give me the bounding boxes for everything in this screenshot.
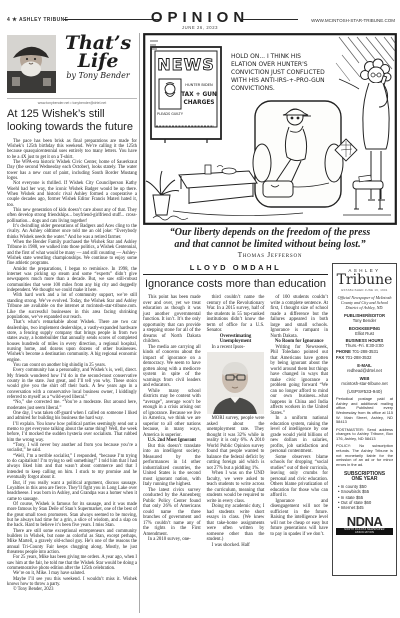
article-paragraph: of 100 students couldn’t write a complet… — [270, 295, 328, 339]
article-columns: This point has been made over and over, … — [143, 295, 328, 548]
article-paragraph: In a 2010 survey, one- — [143, 537, 201, 543]
paragraph: When the Bender Family purchased the Wis… — [7, 240, 137, 267]
email-value: redhead@drtel.net — [336, 368, 393, 373]
paragraph: Maybe I’ll see you this weekend. I would… — [7, 577, 137, 588]
fax-number: 701-288-3532 — [345, 355, 371, 360]
author-rule — [143, 274, 328, 275]
column-headline: At 125 Wishek’s still looking towards th… — [7, 108, 137, 135]
article-paragraph: No Room for Ignorance — [270, 339, 328, 345]
article-paragraph: This point has been made over and over, … — [143, 295, 201, 345]
tv-caption: PLEADS GUILTY — [157, 112, 184, 116]
speech-line-3: CONVICTION JUST CONFLICTED — [231, 69, 325, 76]
thats-life-column: That’s Life by Tony Bender www.tonybende… — [7, 34, 137, 593]
official-newspaper-note: Official Newspaper of McIntosh County an… — [336, 295, 393, 310]
hours-value: Thurs.-Fri. 8:30-3:00 — [336, 343, 393, 348]
paragraph: For 25 years, Mike has been giving me or… — [7, 555, 137, 571]
article-paragraph: In a recent Ipsos- — [207, 345, 265, 351]
website-url: WWW.MCINTOSH-STAR-TRIBUNE.COM — [311, 18, 395, 23]
postage-note: Periodical postage paid at Ashley and ad… — [336, 397, 393, 425]
postmaster-note: POSTMASTER: Send address changes to Ashl… — [336, 428, 393, 442]
paragraph: This new generation of kids doesn’t care… — [7, 208, 137, 224]
article-paragraph: Ignorance and disengagement will not be … — [270, 499, 328, 538]
editorial-cartoon: NEWS PLEADS GUILTY HUNTER BIDEN TAX + GU… — [143, 33, 397, 225]
paragraph: One day, I was taken off-guard when I ca… — [7, 411, 137, 422]
quote-line-1: “Our liberty depends on the freedom of t… — [143, 227, 397, 239]
article-paragraph: third couldn’t name the century of the R… — [207, 295, 265, 334]
column-byline: by Tony Bender — [59, 70, 137, 81]
newspaper-opinion-page: 4 ★ ASHLEY TRIBUNE OPINION JUNE 26, 2023… — [0, 0, 400, 618]
tv-news-banner: NEWS — [157, 55, 215, 74]
subscription-rate-item: • Internet $45 — [338, 505, 393, 510]
article-paragraph: U.S. 2nd Most Ignorant — [143, 438, 201, 444]
man-in-recliner — [253, 101, 343, 207]
article-paragraph: Some observers blame schools for droppin… — [270, 455, 328, 499]
article-paragraph: In a uniform national education system, … — [270, 416, 328, 455]
header-rule-right — [240, 19, 298, 20]
pull-quote: “Our liberty depends on the freedom of t… — [143, 227, 397, 259]
article-paragraph: The media are carrying all kinds of conc… — [143, 345, 201, 389]
column-body: The pace has been brisk as final prepara… — [7, 139, 137, 593]
paragraph: “Tony, I will never buy another ad from … — [7, 443, 137, 454]
paragraph: But, if you really want a political argu… — [7, 481, 137, 502]
fax-line: FAX 701-288-3532 — [336, 355, 393, 360]
paragraph: The pace has been brisk as final prepara… — [7, 139, 137, 160]
paragraph: There are still some exceptional entrepr… — [7, 529, 137, 556]
article-paragraph: Doing my academic duty, I had students w… — [207, 504, 265, 543]
article-col-2: third couldn’t name the century of the R… — [207, 295, 265, 548]
thats-life-header: That’s Life by Tony Bender — [7, 34, 137, 98]
paragraph: That’s what’s remarkable about Wishek. T… — [7, 320, 137, 363]
policy-note: POLICY: No subscription refunds. The Ash… — [336, 444, 393, 468]
paragraph: I’ll explain. You know how political par… — [7, 422, 137, 443]
subscriptions-title: SUBSCRIPTIONS ONE YEAR — [336, 472, 393, 483]
paragraph: © Tony Bender, 2023 — [7, 587, 137, 592]
issue-date: JUNE 26, 2023 — [0, 25, 400, 30]
article-paragraph: While many school districts may be conte… — [143, 389, 201, 439]
usps-number: (USPS#533-940) — [336, 389, 393, 394]
article-author: LLOYD OMDAHL — [143, 263, 328, 272]
article-paragraph: But this doesn’t translate into an intel… — [143, 444, 201, 488]
article-paragraph: Writing for Newsweek, Phil Toledano poin… — [270, 345, 328, 417]
web-value: mcintosh-star-tribune.net — [336, 381, 393, 386]
column-divider — [139, 33, 140, 613]
tony-bender-photo — [7, 35, 56, 93]
omdahl-article: LLOYD OMDAHL Ignorance costs more than e… — [143, 263, 328, 548]
speech-line-4: WITH HIS ANTI-IRS-+-PRO-GUN — [231, 77, 325, 84]
phone-line: PHONE 701-288-3531 — [336, 349, 393, 354]
paragraph: The WPA-era historic Wishek Civic Center… — [7, 160, 137, 181]
speech-line-1: HOLD ON... I THINK HIS — [231, 53, 301, 60]
speech-line-5: CONVICTIONS. — [231, 85, 275, 92]
ndna-logo: NDNA — [336, 515, 393, 528]
paragraph: Of course, Wishek is famous for its saus… — [7, 502, 137, 529]
phone-number: 701-288-3531 — [352, 349, 378, 354]
lloyd-omdahl-photo — [207, 352, 264, 414]
tv-headline-1: HUNTER BIDEN — [185, 83, 213, 87]
tv-headline-2: TAX + GUN — [181, 92, 217, 98]
quote-attribution: Thomas Jefferson — [143, 251, 397, 259]
article-col-1: This point has been made over and over, … — [143, 295, 201, 548]
article-col-2-top: third couldn’t name the century of the R… — [207, 295, 265, 350]
masthead-name: Tribune — [336, 273, 393, 287]
paragraph: With hard work and a lot of community su… — [7, 293, 137, 320]
thats-life-logo: That’s Life by Tony Bender — [59, 34, 137, 81]
tv-headline-3: CHARGES — [184, 100, 215, 106]
quote-line-2: and that cannot be limited without being… — [143, 239, 397, 251]
fax-label: FAX — [336, 355, 344, 360]
paragraph: It’s dwindling older generations of Badg… — [7, 224, 137, 240]
article-headline: Ignorance costs more than education — [143, 278, 328, 290]
masthead-box: ASHLEY Tribune ESTABLISHED JUNE 16, 1901… — [332, 263, 397, 576]
article-paragraph: I was shocked. Half — [207, 543, 265, 549]
article-paragraph: MORI survey, people were asked about the… — [207, 416, 265, 471]
article-col-2-bottom: MORI survey, people were asked about the… — [207, 416, 265, 548]
paragraph: “No,” she corrected me. “You’re a modera… — [7, 400, 137, 411]
masthead-established: ESTABLISHED JUNE 16, 1901 — [336, 288, 393, 292]
phone-label: PHONE — [336, 349, 351, 354]
publisher-name: Tony Bender — [336, 318, 393, 323]
subscription-rates: • In county $50• Snowbirds $55• In state… — [336, 484, 393, 511]
author-contact-line: www.tonybender.net • tonybender@drtel.ne… — [7, 98, 137, 105]
article-paragraph: The latest civics survey conducted by th… — [143, 488, 201, 538]
paragraph: Not everyone is thrilled. If Wishek City… — [7, 181, 137, 208]
subscriptions-title-line2: ONE YEAR — [336, 477, 393, 483]
article-paragraph: Overestimating Unemployment — [207, 334, 265, 345]
speech-line-2: ELATION OVER HUNTER'S — [231, 61, 308, 68]
paragraph: Amidst the preparations, I began to remi… — [7, 267, 137, 294]
bookkeeping-name: Elliot Rust — [336, 331, 393, 336]
ndna-logo-bar: NORTH DAKOTA NEWSPAPER ASSOCIATION — [336, 528, 393, 535]
column-logo-line2: Life — [59, 53, 137, 70]
paragraph: Every community has a personality, and W… — [7, 368, 137, 400]
article-paragraph: When I was on the UND faculty, we were a… — [207, 471, 265, 504]
article-col-3: of 100 students couldn’t write a complet… — [270, 295, 328, 548]
paragraph: “Well, I’m a terrible socialist,” I resp… — [7, 454, 137, 481]
